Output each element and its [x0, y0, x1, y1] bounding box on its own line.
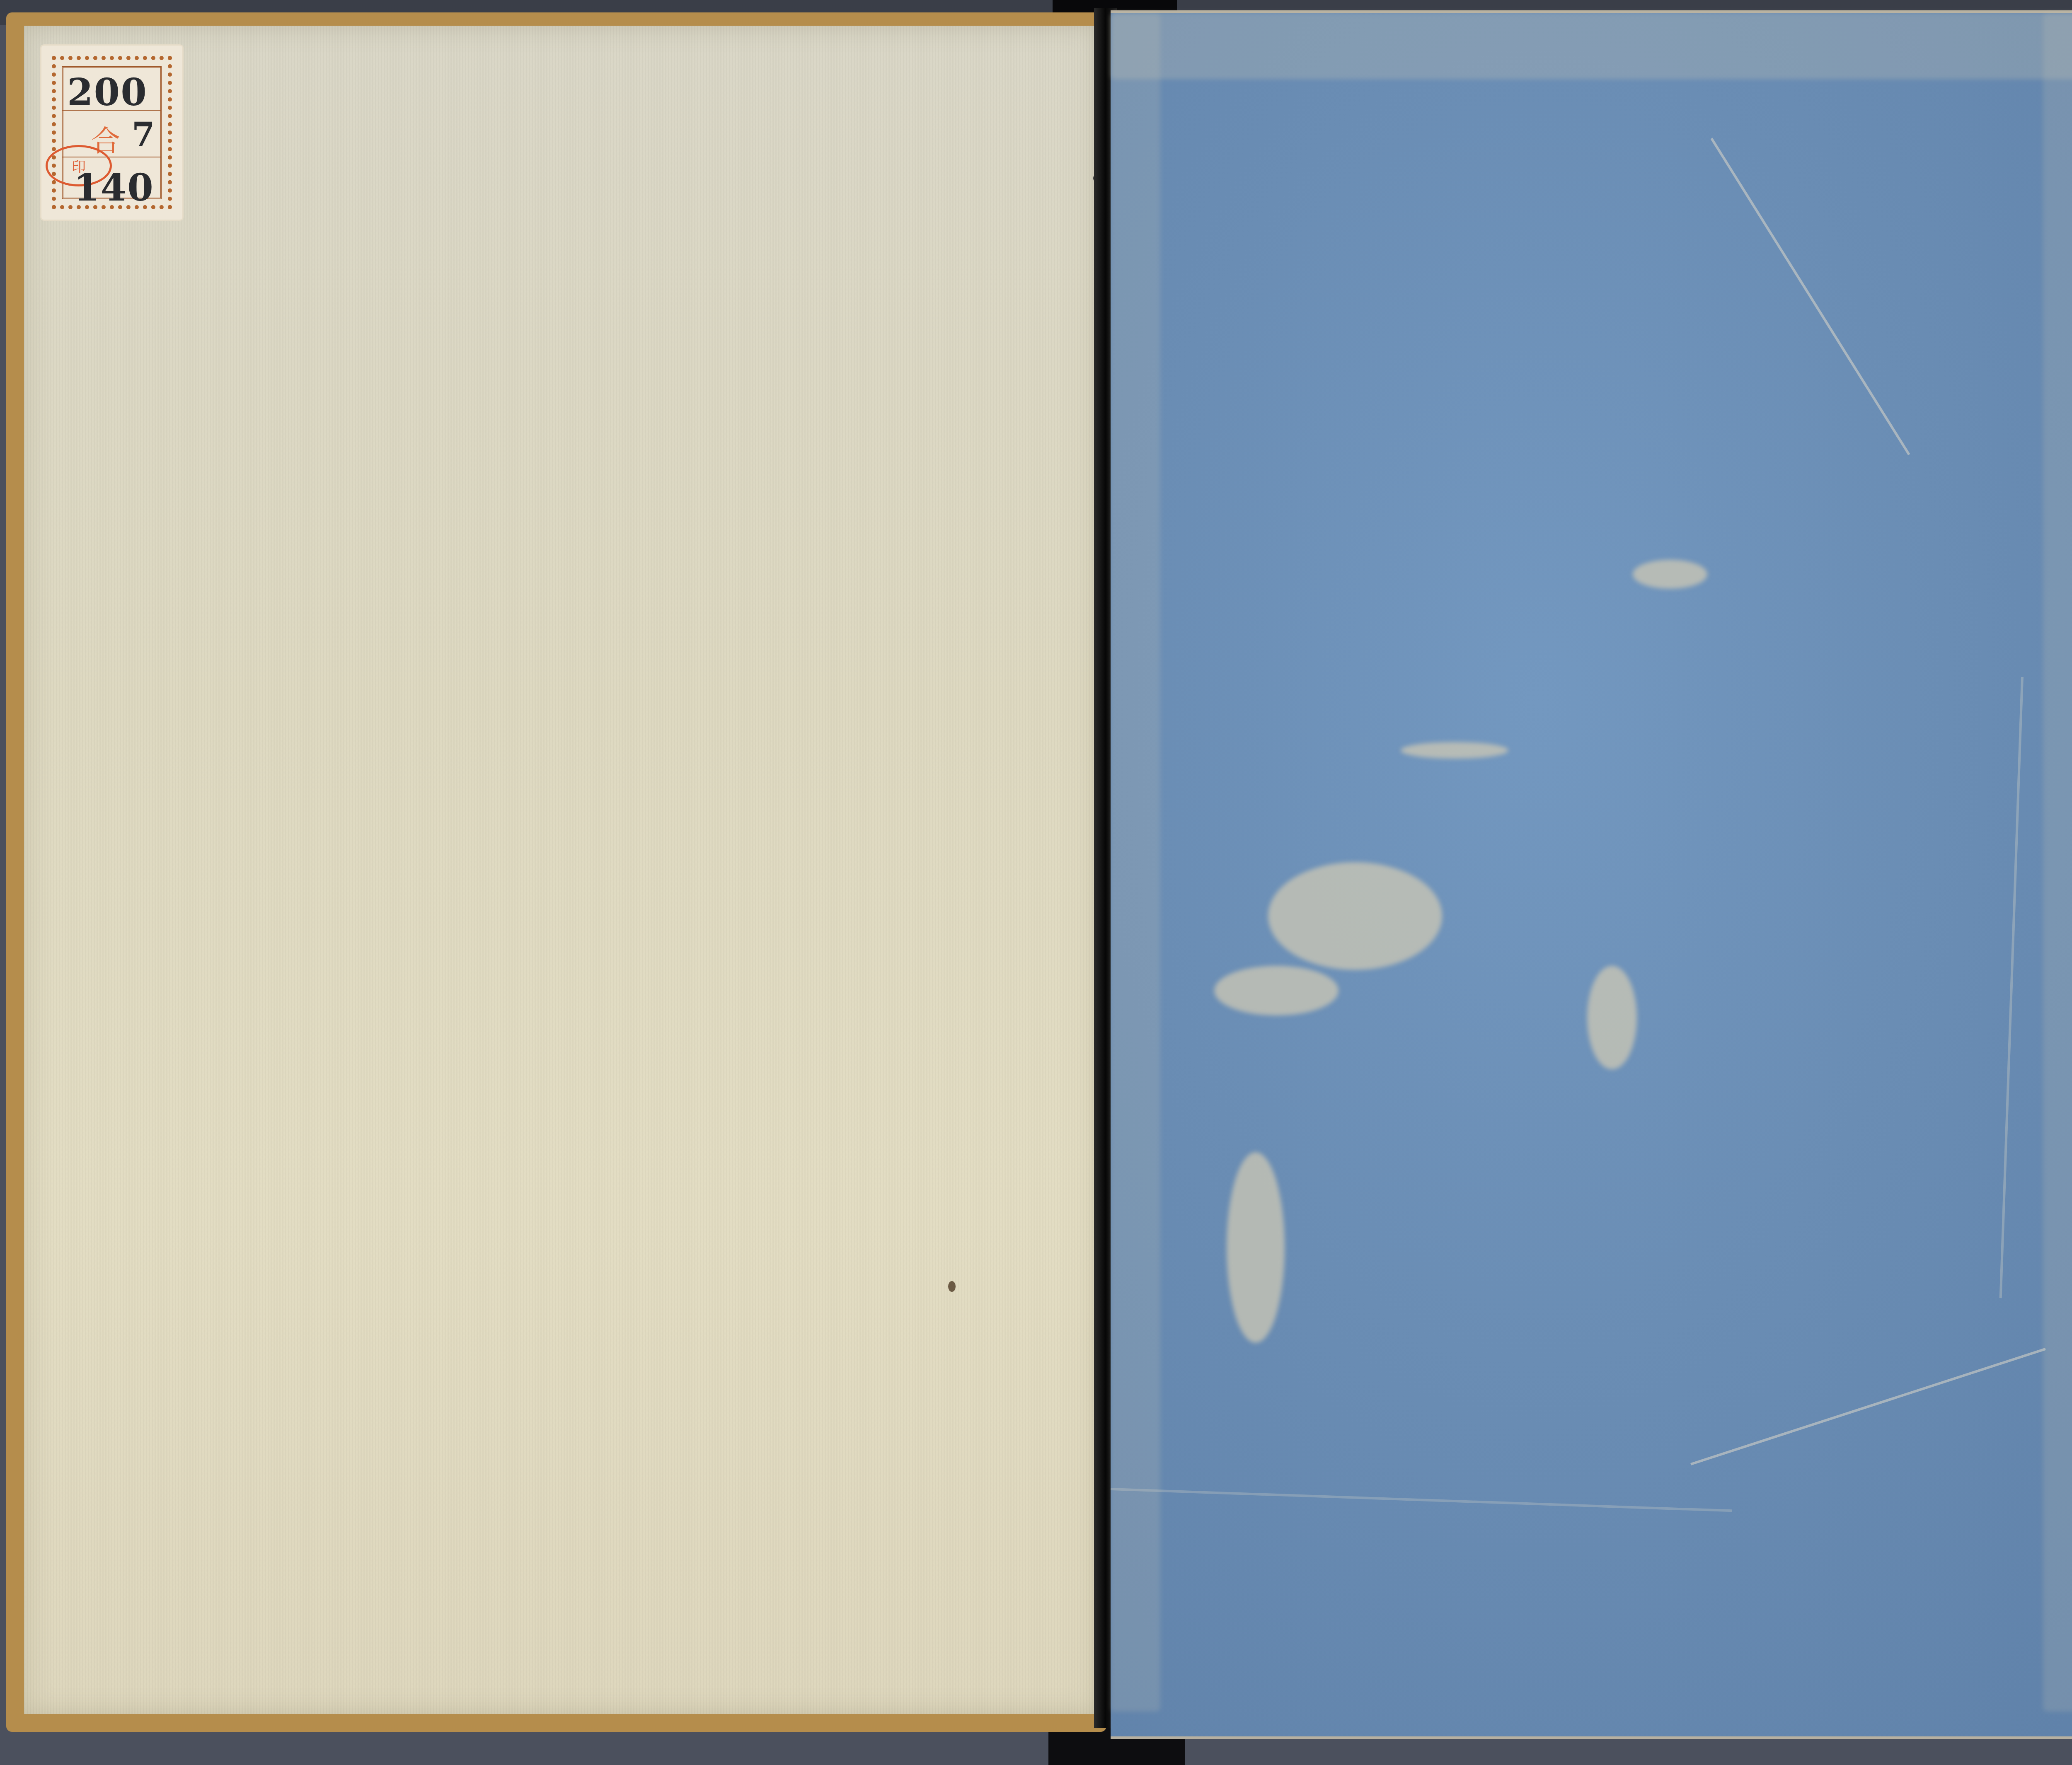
wear-patch [1633, 560, 1707, 589]
crack-line [1999, 677, 2024, 1298]
wear-patch [1227, 1152, 1285, 1343]
paper-spot [948, 1281, 956, 1292]
label-middle-number: 7 [132, 115, 155, 154]
crack-line [1690, 1348, 2046, 1465]
wear-patch [1214, 966, 1339, 1015]
wear-top-edge [1111, 13, 2072, 79]
label-top-number: 200 [67, 70, 148, 114]
crack-line [1710, 138, 1910, 455]
library-call-number-label: 200 合 7 印 140 [41, 46, 182, 220]
left-endpaper [24, 26, 1097, 1714]
wear-right-edge [2043, 13, 2072, 1712]
crack-line [1111, 1488, 1732, 1512]
wear-patch [1268, 862, 1442, 970]
wear-spine-edge [1111, 13, 1160, 1712]
wear-patch [1401, 742, 1508, 759]
paper-texture [24, 26, 1097, 1714]
wear-patch [1587, 966, 1637, 1069]
label-bottom-number: 140 [74, 166, 154, 210]
blue-back-cover [1111, 10, 2072, 1739]
